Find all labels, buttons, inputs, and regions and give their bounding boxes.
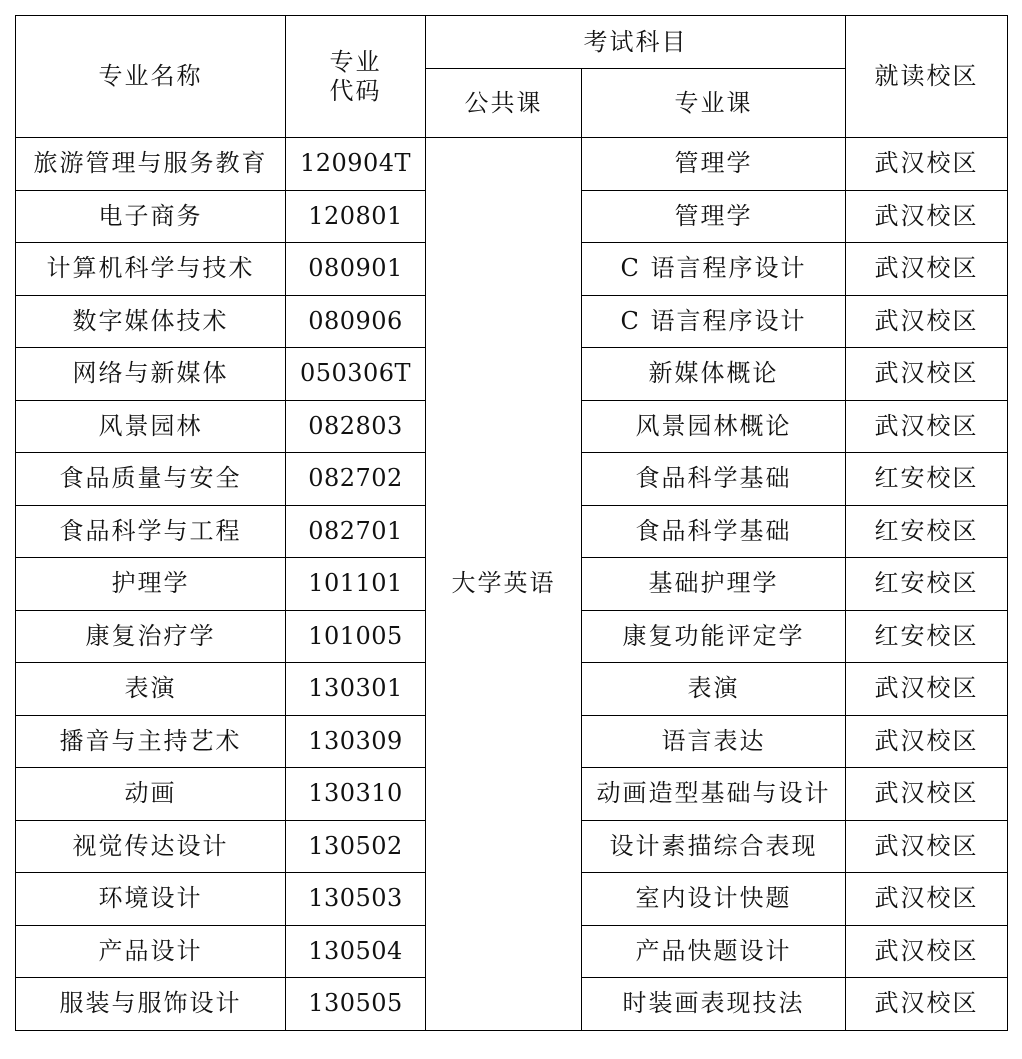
cell-major-name: 表演: [16, 663, 286, 716]
cell-major-name: 康复治疗学: [16, 610, 286, 663]
header-major-code-line2: 代码: [286, 77, 425, 106]
table-row: 旅游管理与服务教育120904T大学英语管理学武汉校区: [16, 138, 1008, 191]
cell-major-name: 护理学: [16, 558, 286, 611]
cell-campus: 武汉校区: [846, 348, 1008, 401]
cell-campus: 武汉校区: [846, 978, 1008, 1031]
cell-campus: 武汉校区: [846, 820, 1008, 873]
cell-professional-course: 时装画表现技法: [582, 978, 846, 1031]
header-row-top: 专业名称 专业 代码 考试科目 就读校区: [16, 16, 1008, 69]
cell-campus: 武汉校区: [846, 400, 1008, 453]
cell-major-code: 082702: [286, 453, 426, 506]
header-exam-subjects: 考试科目: [426, 16, 846, 69]
cell-major-code: 130310: [286, 768, 426, 821]
cell-major-code: 130301: [286, 663, 426, 716]
cell-professional-course: 风景园林概论: [582, 400, 846, 453]
cell-major-name: 网络与新媒体: [16, 348, 286, 401]
cell-campus: 武汉校区: [846, 768, 1008, 821]
cell-campus: 红安校区: [846, 610, 1008, 663]
header-professional-course: 专业课: [582, 69, 846, 138]
cell-campus: 武汉校区: [846, 295, 1008, 348]
cell-professional-course: C 语言程序设计: [582, 295, 846, 348]
cell-major-code: 080901: [286, 243, 426, 296]
cell-professional-course: 设计素描综合表现: [582, 820, 846, 873]
cell-campus: 武汉校区: [846, 873, 1008, 926]
cell-major-code: 082701: [286, 505, 426, 558]
cell-professional-course: 动画造型基础与设计: [582, 768, 846, 821]
cell-major-code: 101101: [286, 558, 426, 611]
cell-professional-course: 康复功能评定学: [582, 610, 846, 663]
cell-major-name: 电子商务: [16, 190, 286, 243]
cell-campus: 武汉校区: [846, 715, 1008, 768]
cell-campus: 红安校区: [846, 558, 1008, 611]
cell-major-code: 082803: [286, 400, 426, 453]
cell-major-name: 播音与主持艺术: [16, 715, 286, 768]
cell-campus: 武汉校区: [846, 190, 1008, 243]
cell-major-code: 080906: [286, 295, 426, 348]
header-campus: 就读校区: [846, 16, 1008, 138]
cell-major-code: 130504: [286, 925, 426, 978]
cell-professional-course: 食品科学基础: [582, 505, 846, 558]
cell-campus: 红安校区: [846, 453, 1008, 506]
cell-major-name: 服装与服饰设计: [16, 978, 286, 1031]
cell-major-name: 计算机科学与技术: [16, 243, 286, 296]
cell-major-name: 风景园林: [16, 400, 286, 453]
cell-major-name: 食品科学与工程: [16, 505, 286, 558]
table-body: 旅游管理与服务教育120904T大学英语管理学武汉校区电子商务120801管理学…: [16, 138, 1008, 1031]
header-major-code: 专业 代码: [286, 16, 426, 138]
cell-professional-course: 产品快题设计: [582, 925, 846, 978]
cell-professional-course: 新媒体概论: [582, 348, 846, 401]
cell-campus: 红安校区: [846, 505, 1008, 558]
cell-campus: 武汉校区: [846, 243, 1008, 296]
cell-major-code: 130309: [286, 715, 426, 768]
majors-table: 专业名称 专业 代码 考试科目 就读校区 公共课 专业课 旅游管理与服务教育12…: [15, 15, 1008, 1031]
cell-major-name: 数字媒体技术: [16, 295, 286, 348]
cell-professional-course: 管理学: [582, 190, 846, 243]
cell-professional-course: 语言表达: [582, 715, 846, 768]
cell-professional-course: 室内设计快题: [582, 873, 846, 926]
cell-major-name: 产品设计: [16, 925, 286, 978]
header-major-name: 专业名称: [16, 16, 286, 138]
cell-professional-course: 管理学: [582, 138, 846, 191]
cell-professional-course: 表演: [582, 663, 846, 716]
header-public-course: 公共课: [426, 69, 582, 138]
cell-major-name: 食品质量与安全: [16, 453, 286, 506]
cell-campus: 武汉校区: [846, 663, 1008, 716]
cell-major-code: 130502: [286, 820, 426, 873]
cell-major-code: 130505: [286, 978, 426, 1031]
cell-major-code: 130503: [286, 873, 426, 926]
cell-campus: 武汉校区: [846, 138, 1008, 191]
cell-public-course: 大学英语: [426, 138, 582, 1031]
cell-major-code: 120801: [286, 190, 426, 243]
cell-professional-course: C 语言程序设计: [582, 243, 846, 296]
cell-major-name: 旅游管理与服务教育: [16, 138, 286, 191]
cell-campus: 武汉校区: [846, 925, 1008, 978]
cell-major-name: 动画: [16, 768, 286, 821]
header-major-code-line1: 专业: [286, 48, 425, 77]
cell-major-name: 环境设计: [16, 873, 286, 926]
cell-professional-course: 食品科学基础: [582, 453, 846, 506]
cell-major-code: 101005: [286, 610, 426, 663]
cell-major-name: 视觉传达设计: [16, 820, 286, 873]
cell-professional-course: 基础护理学: [582, 558, 846, 611]
cell-major-code: 050306T: [286, 348, 426, 401]
cell-major-code: 120904T: [286, 138, 426, 191]
